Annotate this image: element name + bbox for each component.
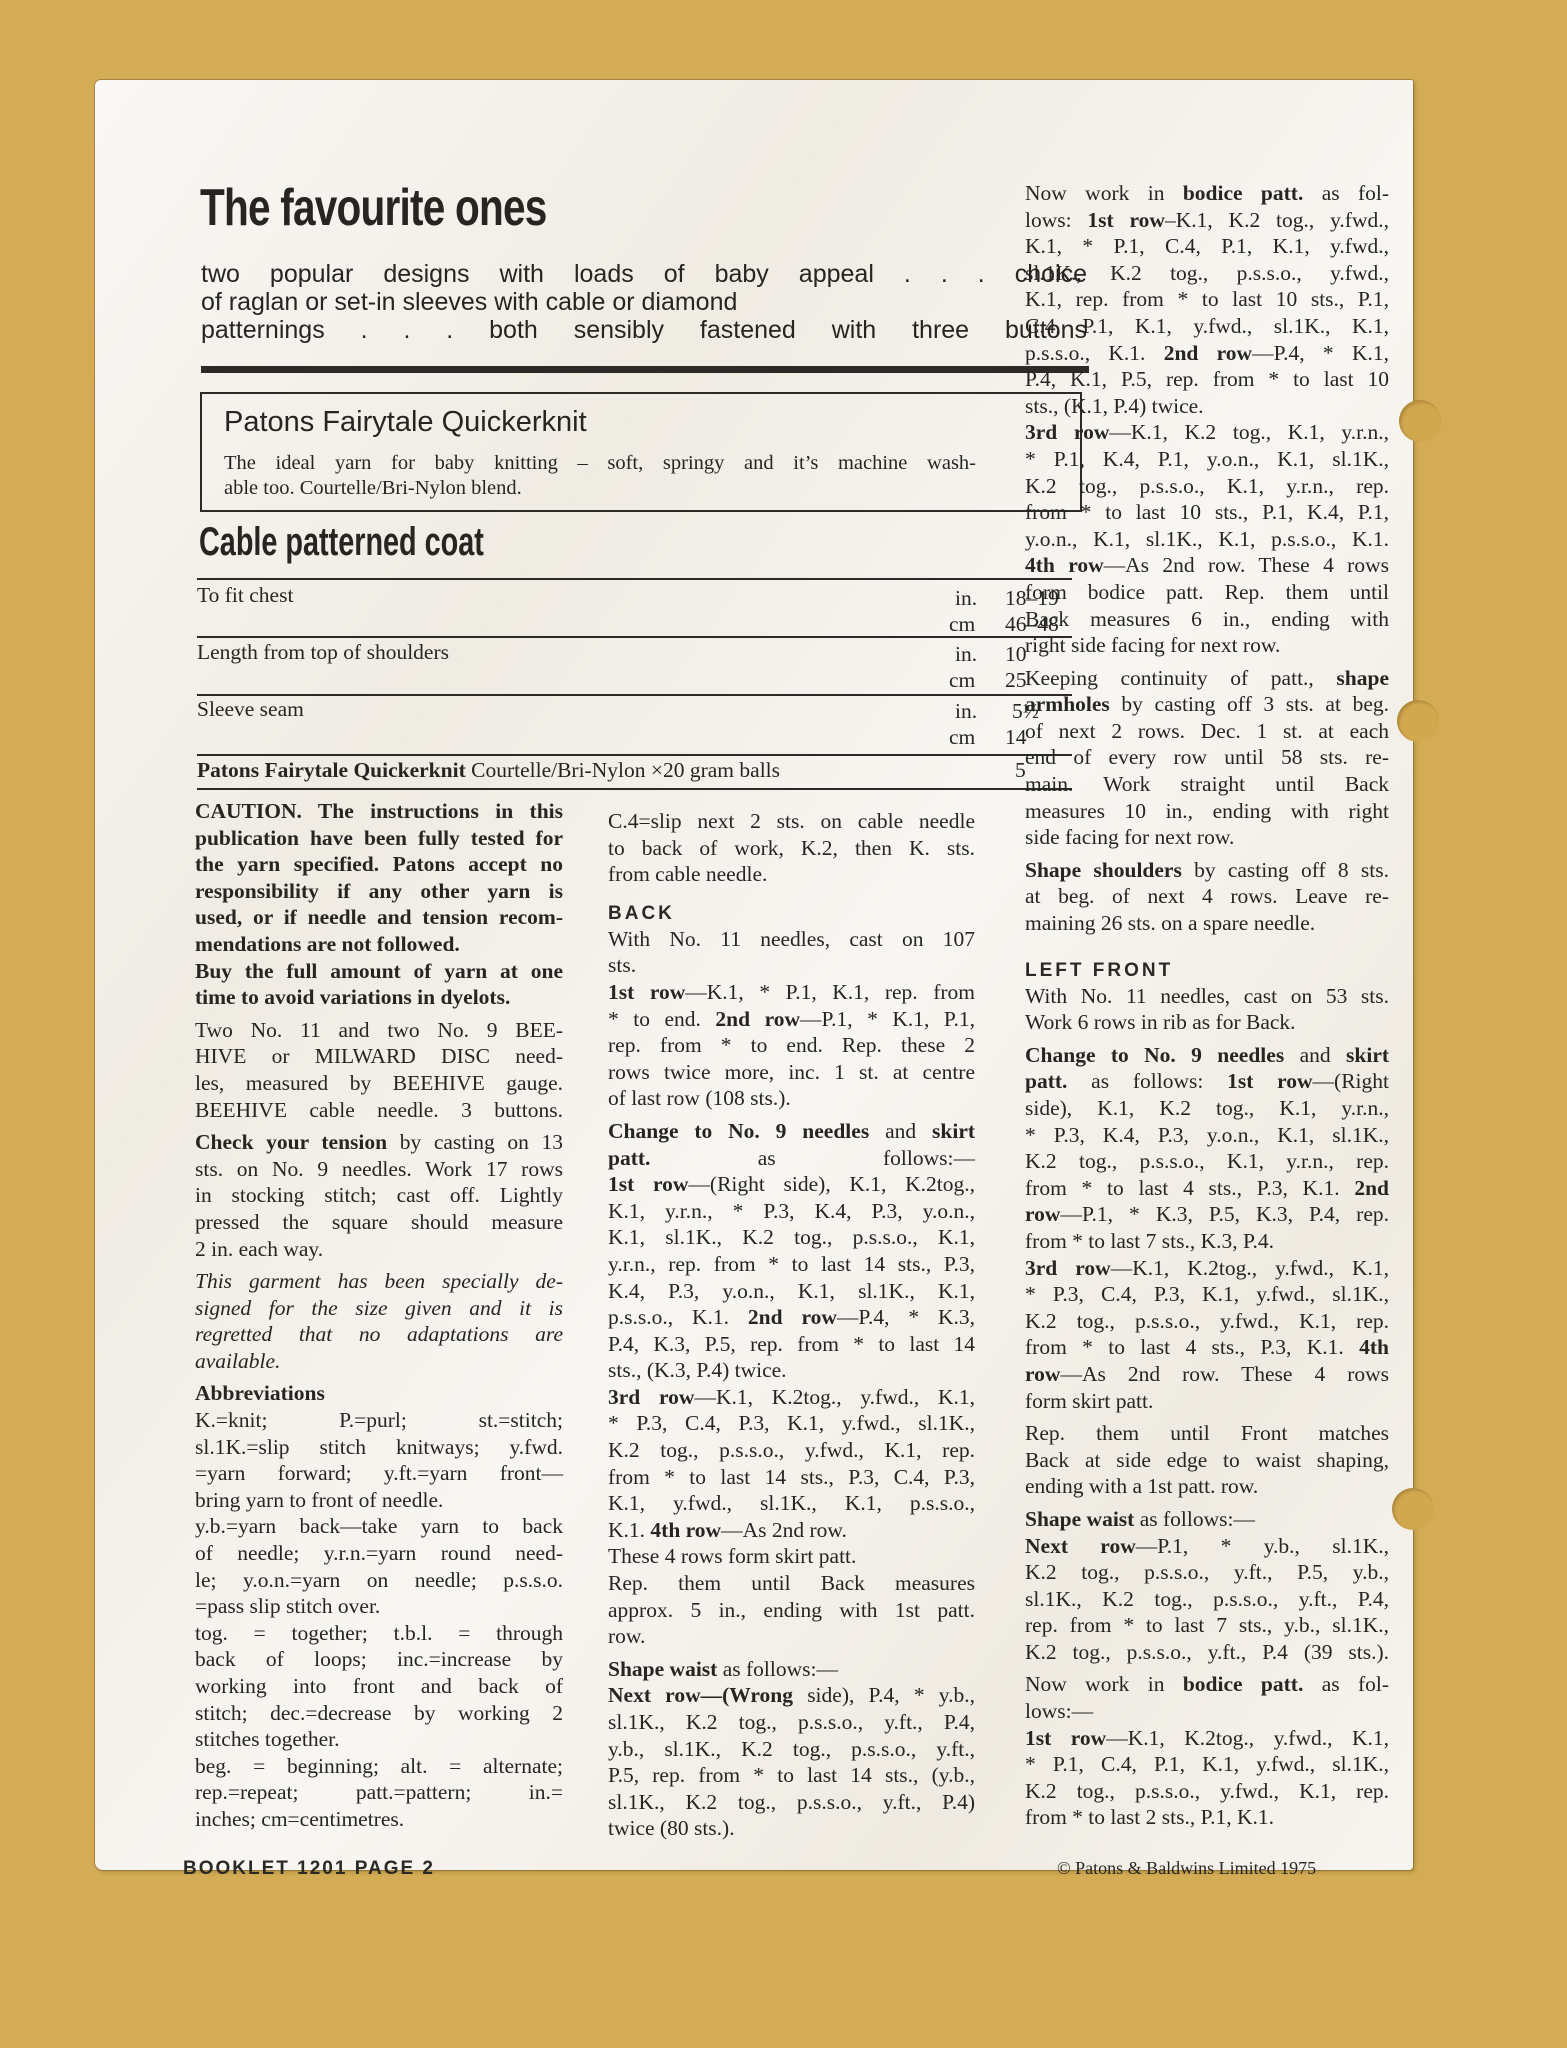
table-rule — [197, 754, 1072, 756]
text-line: P.4, K.1, P.5, rep. from * to last 10 — [1025, 366, 1389, 393]
text-line: Back at side edge to waist shaping, — [1025, 1447, 1389, 1474]
text-line: sl.1K., K.2 tog., p.s.s.o., y.ft., P.4, — [1025, 1586, 1389, 1613]
text-line: from cable needle. — [608, 861, 975, 888]
tension-info: Check your tension by casting on 13 sts.… — [195, 1129, 563, 1262]
text-line: from * to last 2 sts., P.1, K.1. — [1025, 1804, 1389, 1831]
text-line: K.1, rep. from * to last 10 sts., P.1, — [1025, 286, 1389, 313]
text-line: signed for the size given and it is — [195, 1295, 563, 1322]
yarn-box-description: The ideal yarn for baby knitting – soft,… — [224, 451, 976, 501]
needles-info: Two No. 11 and two No. 9 BEE- HIVE or MI… — [195, 1017, 563, 1123]
text-line: mendations are not followed. — [195, 931, 563, 958]
text-line: K.2 tog., p.s.s.o., y.ft., P.4 (39 sts.)… — [1025, 1639, 1389, 1666]
text-line: K.2 tog., p.s.s.o., y.fwd., K.1, rep. — [608, 1437, 975, 1464]
text-line: beg. = beginning; alt. = alternate; — [195, 1753, 563, 1780]
measurement-label: Length from top of shoulders — [197, 640, 449, 665]
text-line: HIVE or MILWARD DISC need- — [195, 1043, 563, 1070]
text-line: patt. as follows:— — [608, 1145, 975, 1172]
text-line: main. Work straight until Back — [1025, 771, 1389, 798]
text-line: =yarn forward; y.ft.=yarn front— — [195, 1460, 563, 1487]
yarn-box-title: Patons Fairytale Quickerknit — [224, 406, 587, 439]
left-front-shape-waist: Shape waist as follows:—Next row—P.1, * … — [1025, 1506, 1389, 1666]
text-line: K.1. 4th row—As 2nd row. — [608, 1517, 975, 1544]
text-line: working into front and back of — [195, 1673, 563, 1700]
text-line: of needle; y.r.n.=yarn round need- — [195, 1540, 563, 1567]
shape-shoulders: Shape shoulders by casting off 8 sts.at … — [1025, 857, 1389, 937]
text-line: rep. from * to last 7 sts., y.b., sl.1K.… — [1025, 1612, 1389, 1639]
text-line: measures 10 in., ending with right — [1025, 798, 1389, 825]
text-line: K.2 tog., p.s.s.o., y.fwd., K.1, rep. — [1025, 1778, 1389, 1805]
column-1: CAUTION. The instructions in this public… — [195, 798, 563, 1833]
text-line: by casting on 13 — [387, 1130, 563, 1154]
text-line: K.1, * P.1, C.4, P.1, K.1, y.fwd., — [1025, 233, 1389, 260]
text-line: row. — [608, 1623, 975, 1650]
caution-notice: CAUTION. The instructions in this public… — [195, 798, 563, 1011]
text-line: C.4=slip next 2 sts. on cable needle — [608, 808, 975, 835]
text-line: les, measured by BEEHIVE gauge. — [195, 1070, 563, 1097]
text-line: row—As 2nd row. These 4 rows — [1025, 1361, 1389, 1388]
text-line: Keeping continuity of patt., shape — [1025, 665, 1389, 692]
text-line: rep. from * to end. Rep. these 2 — [608, 1032, 975, 1059]
text-line: lows:— — [1025, 1698, 1389, 1725]
text-line: maining 26 sts. on a spare needle. — [1025, 910, 1389, 937]
measurement-unit: cm — [949, 612, 975, 637]
back-instructions: With No. 11 needles, cast on 107sts.1st … — [608, 926, 975, 1112]
text-line: stitches together. — [195, 1726, 563, 1753]
punch-hole-middle — [1397, 700, 1439, 742]
text-line: rep.=repeat; patt.=pattern; in.= — [195, 1779, 563, 1806]
text-line: K.4, P.3, y.o.n., K.1, sl.1K., K.1, — [608, 1278, 975, 1305]
text-line: used, or if needle and tension recom- — [195, 904, 563, 931]
yarn-brand: Patons Fairytale Quickerknit — [197, 758, 466, 782]
text-line: Work 6 rows in rib as for Back. — [1025, 1009, 1389, 1036]
text-line: Now work in bodice patt. as fol- — [1025, 180, 1389, 207]
measurement-value: 14 — [1005, 725, 1027, 750]
text-line: 2 in. each way. — [195, 1236, 563, 1263]
text-line: sl.1K., K.2 tog., p.s.s.o., y.ft., P.4, — [608, 1709, 975, 1736]
header-divider — [201, 366, 1089, 373]
measurement-unit: in. — [955, 699, 977, 724]
subtitle-line: two popular designs with loads of baby a… — [201, 260, 1087, 288]
text-line: the yarn specified. Patons accept no — [195, 851, 563, 878]
text-line: sts., (K.1, P.4) twice. — [1025, 393, 1389, 420]
booklet-page: The favourite ones two popular designs w… — [95, 80, 1413, 1870]
text-line: of next 2 rows. Dec. 1 st. at each — [1025, 718, 1389, 745]
text-line: K.2 tog., p.s.s.o., y.ft., P.5, y.b., — [1025, 1559, 1389, 1586]
text-line: form skirt patt. — [1025, 1388, 1389, 1415]
back-shape-waist: Shape waist as follows:—Next row—(Wrong … — [608, 1656, 975, 1842]
table-rule — [197, 788, 1072, 790]
text-line: C.4, P.1, K.1, y.fwd., sl.1K., K.1, — [1025, 313, 1389, 340]
yarn-description: Courtelle/Bri-Nylon ×20 gram balls — [466, 758, 780, 782]
text-line: time to avoid variations in dyelots. — [195, 984, 563, 1011]
abbreviations-heading: Abbreviations — [195, 1380, 563, 1407]
measurement-unit: cm — [949, 725, 975, 750]
text-line: * P.3, C.4, P.3, K.1, y.fwd., sl.1K., — [1025, 1281, 1389, 1308]
measurement-unit: cm — [949, 668, 975, 693]
text-line: * P.3, K.4, P.3, y.o.n., K.1, sl.1K., — [1025, 1122, 1389, 1149]
text-line: p.s.s.o., K.1. 2nd row—P.4, * K.3, — [608, 1304, 975, 1331]
text-line: lows: 1st row–K.1, K.2 tog., y.fwd., — [1025, 207, 1389, 234]
text-line: side facing for next row. — [1025, 824, 1389, 851]
text-line: approx. 5 in., ending with 1st patt. — [608, 1597, 975, 1624]
shape-armholes: Keeping continuity of patt., shapearmhol… — [1025, 665, 1389, 851]
text-line: * P.1, K.4, P.1, y.o.n., K.1, sl.1K., — [1025, 446, 1389, 473]
text-line: twice (80 sts.). — [608, 1815, 975, 1842]
subtitle-line: of raglan or set-in sleeves with cable o… — [201, 288, 1087, 316]
text-line: sl.1K.=slip stitch knitways; y.fwd. — [195, 1434, 563, 1461]
text-line: at beg. of next 4 rows. Leave re- — [1025, 883, 1389, 910]
text-line: regretted that no adaptations are — [195, 1321, 563, 1348]
yarn-quantity-row: Patons Fairytale Quickerknit Courtelle/B… — [197, 758, 1072, 786]
back-skirt-pattern: Change to No. 9 needles and skirtpatt. a… — [608, 1118, 975, 1650]
text-line: Rep. them until Back measures — [608, 1570, 975, 1597]
text-line: back of loops; inc.=increase by — [195, 1646, 563, 1673]
text-line: * to end. 2nd row—P.1, * K.1, P.1, — [608, 1006, 975, 1033]
section-heading-left-front: LEFT FRONT — [1025, 959, 1389, 983]
measurement-label: To fit chest — [197, 583, 293, 608]
text-line: Buy the full amount of yarn at one — [195, 958, 563, 985]
text-line: rows twice more, inc. 1 st. at centre — [608, 1059, 975, 1086]
abbreviations: Abbreviations K.=knit; P.=purl; st.=stit… — [195, 1380, 563, 1832]
tension-heading: Check your tension — [195, 1130, 387, 1154]
text-line: CAUTION. The instructions in this — [195, 798, 563, 825]
text-line: These 4 rows form skirt patt. — [608, 1543, 975, 1570]
text-line: P.5, rep. from * to last 14 sts., (y.b., — [608, 1762, 975, 1789]
text-line: bring yarn to front of needle. — [195, 1487, 563, 1514]
text-line: end of every row until 58 sts. re- — [1025, 744, 1389, 771]
text-line: stitch; dec.=decrease by working 2 — [195, 1700, 563, 1727]
text-line: y.b., sl.1K., K.2 tog., p.s.s.o., y.ft., — [608, 1736, 975, 1763]
text-line: from * to last 10 sts., P.1, K.4, P.1, — [1025, 499, 1389, 526]
page-title: The favourite ones — [200, 178, 547, 238]
text-line: side), K.1, K.2 tog., K.1, y.r.n., — [1025, 1095, 1389, 1122]
text-line: responsibility if any other yarn is — [195, 878, 563, 905]
text-line: le; y.o.n.=yarn on needle; p.s.s.o. — [195, 1567, 563, 1594]
text-line: sl.1K., K.2 tog., p.s.s.o., y.fwd., — [1025, 260, 1389, 287]
text-line: from * to last 4 sts., P.3, K.1. 2nd — [1025, 1175, 1389, 1202]
measurement-value: 10 — [1005, 642, 1027, 667]
text-line: sts., (K.3, P.4) twice. — [608, 1357, 975, 1384]
text-line: K.1, y.fwd., sl.1K., K.1, p.s.s.o., — [608, 1490, 975, 1517]
text-line: Back measures 6 in., ending with — [1025, 606, 1389, 633]
left-front-skirt-pattern: Change to No. 9 needles and skirtpatt. a… — [1025, 1042, 1389, 1414]
left-front-bodice: Now work in bodice patt. as fol-lows:—1s… — [1025, 1671, 1389, 1831]
text-line: right side facing for next row. — [1025, 632, 1389, 659]
text-line: K.2 tog., p.s.s.o., y.fwd., K.1, rep. — [1025, 1308, 1389, 1335]
text-line: Shape waist as follows:— — [608, 1656, 975, 1683]
text-line: patt. as follows: 1st row—(Right — [1025, 1068, 1389, 1095]
text-line: * P.1, C.4, P.1, K.1, y.fwd., sl.1K., — [1025, 1751, 1389, 1778]
text-line: row—P.1, * K.3, P.5, K.3, P.4, rep. — [1025, 1201, 1389, 1228]
text-line: 1st row—K.1, K.2tog., y.fwd., K.1, — [1025, 1725, 1389, 1752]
text-line: Now work in bodice patt. as fol- — [1025, 1671, 1389, 1698]
text-line: from * to last 7 sts., K.3, P.4. — [1025, 1228, 1389, 1255]
measurement-label: Sleeve seam — [197, 697, 304, 722]
c4-definition: C.4=slip next 2 sts. on cable needle to … — [608, 808, 975, 888]
column-2: C.4=slip next 2 sts. on cable needle to … — [608, 808, 975, 1848]
text-line: available. — [195, 1348, 563, 1375]
subtitle-line: patternings . . . both sensibly fastened… — [201, 316, 1087, 344]
booklet-page-label: BOOKLET 1201 PAGE 2 — [183, 1858, 435, 1880]
text-line: of last row (108 sts.). — [608, 1085, 975, 1112]
text-line: form bodice patt. Rep. them until — [1025, 579, 1389, 606]
text-line: Rep. them until Front matches — [1025, 1420, 1389, 1447]
text-line: armholes by casting off 3 sts. at beg. — [1025, 691, 1389, 718]
punch-hole-bottom — [1392, 1488, 1434, 1530]
text-line: tog. = together; t.b.l. = through — [195, 1620, 563, 1647]
text-line: BEEHIVE cable needle. 3 buttons. — [195, 1097, 563, 1124]
text-line: publication have been fully tested for — [195, 825, 563, 852]
text-line: =pass slip stitch over. — [195, 1593, 563, 1620]
text-line: Next row—P.1, * y.b., sl.1K., — [1025, 1533, 1389, 1560]
text-line: 3rd row—K.1, K.2 tog., K.1, y.r.n., — [1025, 419, 1389, 446]
copyright-notice: © Patons & Baldwins Limited 1975 — [1057, 1858, 1316, 1879]
text-line: Two No. 11 and two No. 9 BEE- — [195, 1017, 563, 1044]
text-line: 1st row—K.1, * P.1, K.1, rep. from — [608, 979, 975, 1006]
left-front-repeat: Rep. them until Front matchesBack at sid… — [1025, 1420, 1389, 1500]
section-heading-back: BACK — [608, 902, 975, 926]
text-line: inches; cm=centimetres. — [195, 1806, 563, 1833]
text-line: 3rd row—K.1, K.2tog., y.fwd., K.1, — [1025, 1255, 1389, 1282]
text-line: y.b.=yarn back—take yarn to back — [195, 1513, 563, 1540]
text-line: from * to last 14 sts., P.3, C.4, P.3, — [608, 1464, 975, 1491]
text-line: Shape shoulders by casting off 8 sts. — [1025, 857, 1389, 884]
column-3: Now work in bodice patt. as fol-lows: 1s… — [1025, 180, 1389, 1837]
text-line: 3rd row—K.1, K.2tog., y.fwd., K.1, — [608, 1384, 975, 1411]
text-line: With No. 11 needles, cast on 107 — [608, 926, 975, 953]
text-line: sts. — [608, 952, 975, 979]
text-line: P.4, K.3, P.5, rep. from * to last 14 — [608, 1331, 975, 1358]
text-line: 4th row—As 2nd row. These 4 rows — [1025, 552, 1389, 579]
text-line: Next row—(Wrong side), P.4, * y.b., — [608, 1682, 975, 1709]
text-line: With No. 11 needles, cast on 53 sts. — [1025, 983, 1389, 1010]
text-line: sts. on No. 9 needles. Work 17 rows — [195, 1156, 563, 1183]
text-line: K.1, sl.1K., K.2 tog., p.s.s.o., K.1, — [608, 1224, 975, 1251]
page-subtitle: two popular designs with loads of baby a… — [201, 260, 1087, 344]
pattern-title: Cable patterned coat — [199, 520, 484, 565]
text-line: K.2 tog., p.s.s.o., K.1, y.r.n., rep. — [1025, 1148, 1389, 1175]
back-bodice-pattern: Now work in bodice patt. as fol-lows: 1s… — [1025, 180, 1389, 659]
text-line: from * to last 4 sts., P.3, K.1. 4th — [1025, 1334, 1389, 1361]
yarn-desc-line: able too. Courtelle/Bri-Nylon blend. — [224, 476, 976, 501]
yarn-info-box: Patons Fairytale Quickerknit The ideal y… — [200, 392, 1082, 512]
text-line: pressed the square should measure — [195, 1209, 563, 1236]
text-line: Change to No. 9 needles and skirt — [1025, 1042, 1389, 1069]
punch-hole-top — [1399, 400, 1441, 442]
measurement-unit: in. — [955, 586, 977, 611]
text-line: K.2 tog., p.s.s.o., K.1, y.r.n., rep. — [1025, 473, 1389, 500]
measurement-row-chest: To fit chest in. 18–19 cm 46–48 — [197, 580, 1072, 636]
text-line: * P.3, C.4, P.3, K.1, y.fwd., sl.1K., — [608, 1410, 975, 1437]
measurement-row-sleeve: Sleeve seam in. 5½ cm 14 — [197, 696, 1072, 752]
yarn-desc-line: The ideal yarn for baby knitting – soft,… — [224, 451, 976, 476]
text-line: y.r.n., rep. from * to last 14 sts., P.3… — [608, 1251, 975, 1278]
text-line: 1st row—(Right side), K.1, K.2tog., — [608, 1171, 975, 1198]
left-front-cast-on: With No. 11 needles, cast on 53 sts.Work… — [1025, 983, 1389, 1036]
text-line: to back of work, K.2, then K. sts. — [608, 835, 975, 862]
measurement-row-length: Length from top of shoulders in. 10 cm 2… — [197, 638, 1072, 694]
text-line: K.1, y.r.n., * P.3, K.4, P.3, y.o.n., — [608, 1198, 975, 1225]
measurement-value: 25 — [1005, 668, 1027, 693]
text-line: ending with a 1st patt. row. — [1025, 1473, 1389, 1500]
text-line: Change to No. 9 needles and skirt — [608, 1118, 975, 1145]
text-line: K.=knit; P.=purl; st.=stitch; — [195, 1407, 563, 1434]
text-line: y.o.n., K.1, sl.1K., K.1, p.s.s.o., K.1. — [1025, 526, 1389, 553]
size-note: This garment has been specially de- sign… — [195, 1268, 563, 1374]
text-line: in stocking stitch; cast off. Lightly — [195, 1182, 563, 1209]
text-line: This garment has been specially de- — [195, 1268, 563, 1295]
measurement-unit: in. — [955, 642, 977, 667]
text-line: Shape waist as follows:— — [1025, 1506, 1389, 1533]
text-line: sl.1K., K.2 tog., p.s.s.o., y.ft., P.4) — [608, 1789, 975, 1816]
text-line: p.s.s.o., K.1. 2nd row—P.4, * K.1, — [1025, 340, 1389, 367]
